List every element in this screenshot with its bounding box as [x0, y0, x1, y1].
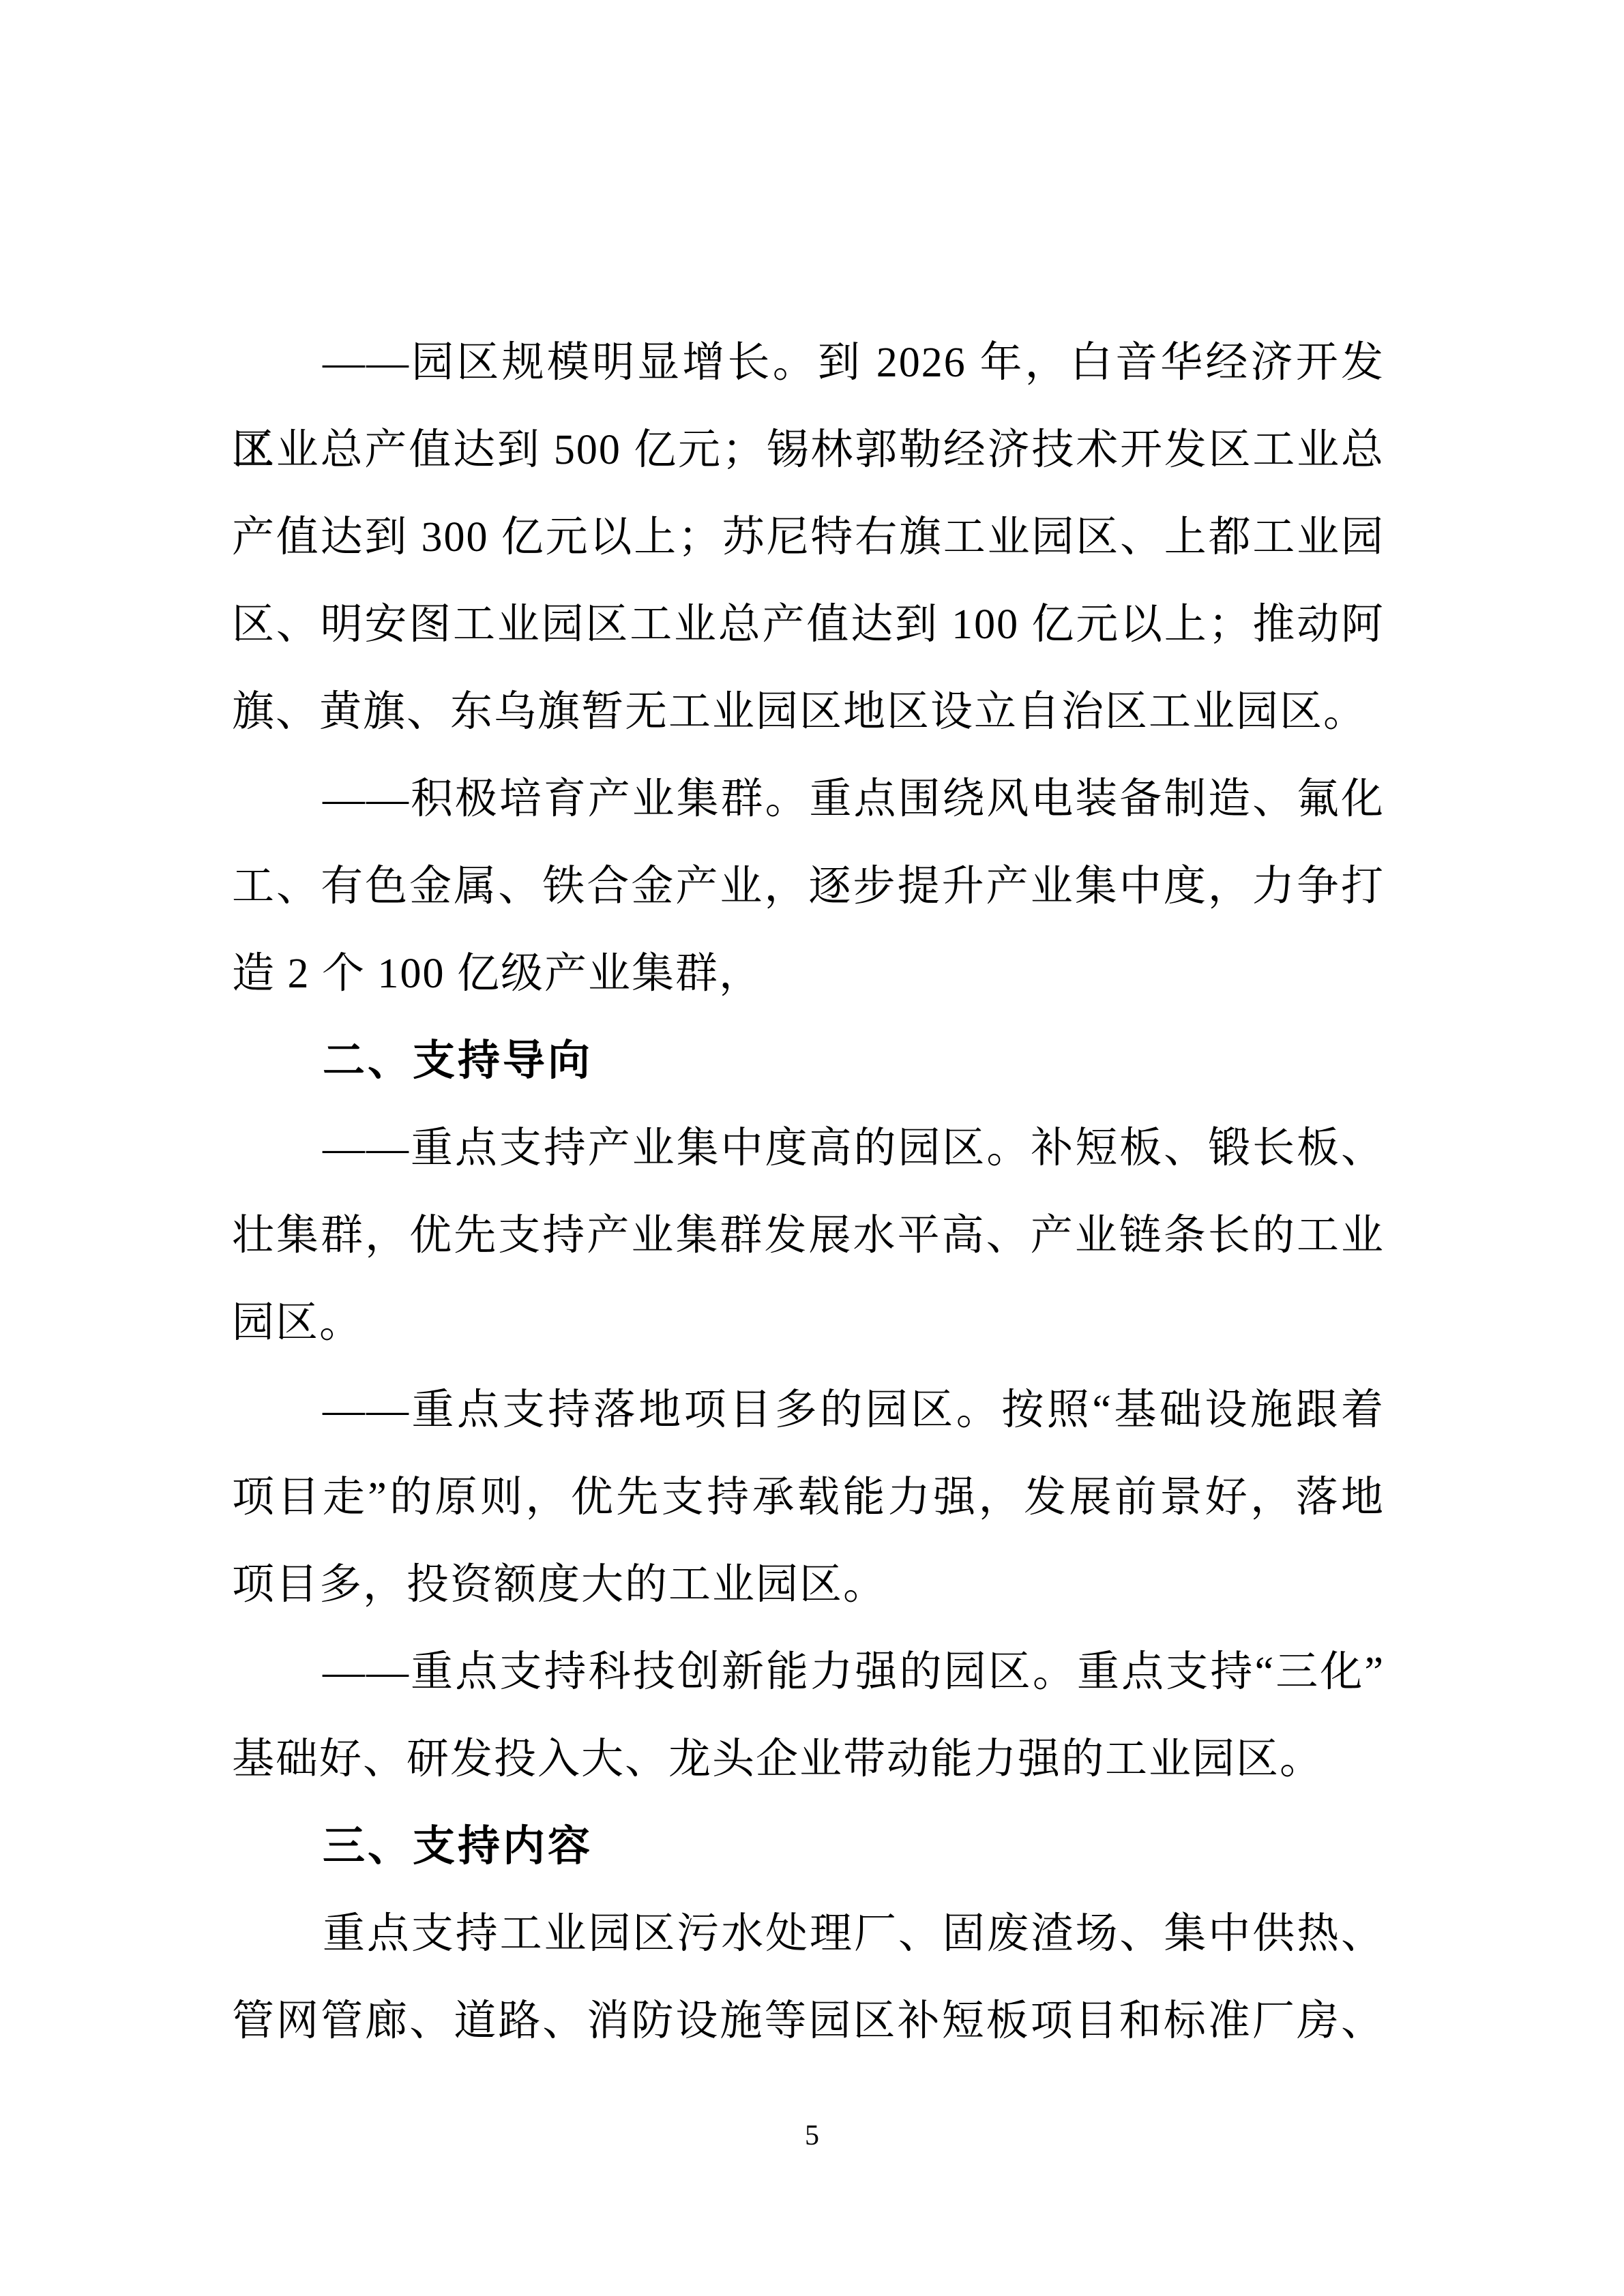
text-line: 基础好、研发投入大、龙头企业带动能力强的工业园区。 — [232, 1716, 1385, 1803]
text-line: 园区。 — [232, 1279, 1385, 1367]
page-number: 5 — [805, 2120, 819, 2151]
section-heading: 二、支持导向 — [232, 1017, 1385, 1105]
text-line: 工、有色金属、铁合金产业，逐步提升产业集中度，力争打 — [232, 843, 1385, 930]
text-line: 造 2 个 100 亿级产业集群， — [232, 930, 1385, 1017]
text-line: 管网管廊、道路、消防设施等园区补短板项目和标准厂房、 — [232, 1978, 1385, 2065]
text-line: ——园区规模明显增长。到 2026 年，白音华经济开发区 — [232, 319, 1385, 406]
text-line: 项目走”的原则，优先支持承载能力强，发展前景好，落地 — [232, 1454, 1385, 1541]
text-line: ——重点支持产业集中度高的园区。补短板、锻长板、 — [232, 1105, 1385, 1192]
text-line: 产值达到 300 亿元以上；苏尼特右旗工业园区、上都工业园 — [232, 494, 1385, 581]
text-line: ——积极培育产业集群。重点围绕风电装备制造、氟化 — [232, 756, 1385, 843]
text-line: 工业总产值达到 500 亿元；锡林郭勒经济技术开发区工业总 — [232, 406, 1385, 494]
text-line: 旗、黄旗、东乌旗暂无工业园区地区设立自治区工业园区。 — [232, 668, 1385, 756]
document-body: ——园区规模明显增长。到 2026 年，白音华经济开发区工业总产值达到 500 … — [232, 319, 1385, 2065]
text-line: 区、明安图工业园区工业总产值达到 100 亿元以上；推动阿 — [232, 581, 1385, 668]
text-line: 重点支持工业园区污水处理厂、固废渣场、集中供热、 — [232, 1890, 1385, 1978]
page-footer: 5 — [0, 2115, 1624, 2156]
document-page: ——园区规模明显增长。到 2026 年，白音华经济开发区工业总产值达到 500 … — [0, 0, 1624, 2296]
text-line: 壮集群，优先支持产业集群发展水平高、产业链条长的工业 — [232, 1192, 1385, 1279]
text-line: ——重点支持科技创新能力强的园区。重点支持“三化” — [232, 1628, 1385, 1716]
text-line: ——重点支持落地项目多的园区。按照“基础设施跟着 — [232, 1367, 1385, 1454]
section-heading: 三、支持内容 — [232, 1803, 1385, 1890]
text-line: 项目多，投资额度大的工业园区。 — [232, 1541, 1385, 1628]
